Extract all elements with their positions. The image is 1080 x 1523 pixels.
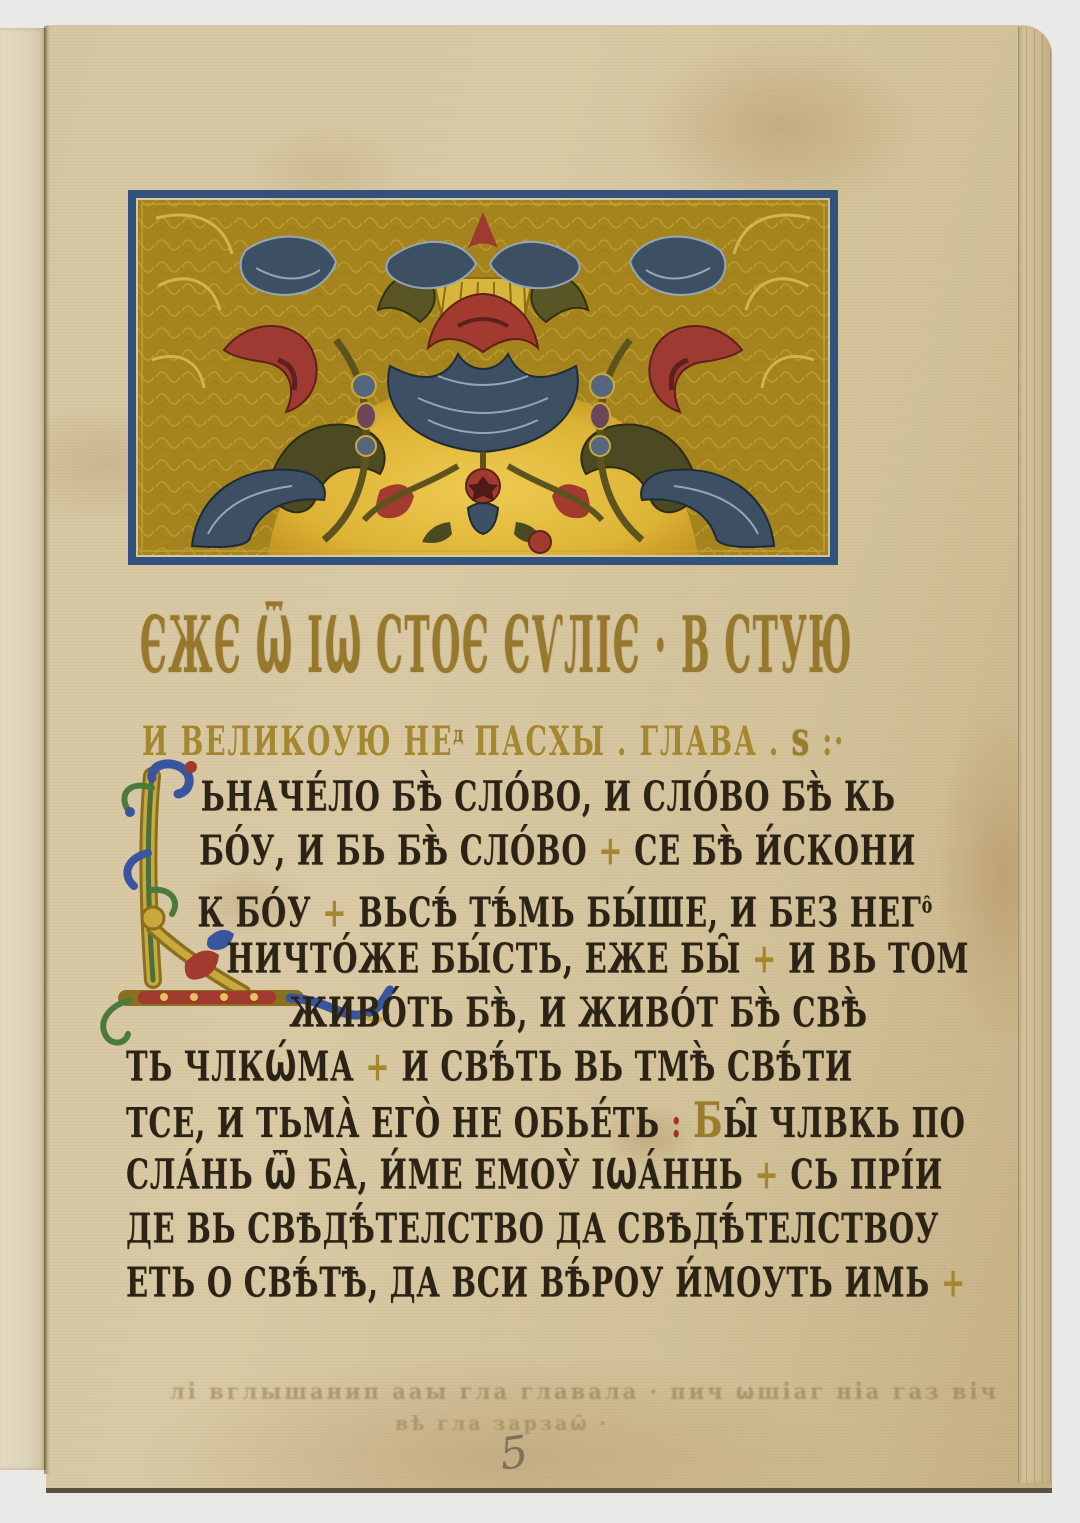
text-segment: + bbox=[365, 1043, 390, 1092]
text-segment: о̑ bbox=[922, 892, 933, 919]
facing-page-edge bbox=[0, 28, 46, 1470]
text-segment: Ы̑ ЧЛВКЬ ПО bbox=[723, 1099, 965, 1148]
text-segment: ТСЕ, И ТЬМА̀ ЕГО̀ НЕ ОБЬЕ́ТЬ bbox=[126, 1099, 671, 1148]
text-segment: + bbox=[752, 935, 777, 984]
gutter-crease bbox=[44, 26, 50, 1474]
text-segment: БО́У, И БЬ БѢ̀ СЛО́ВО bbox=[199, 827, 598, 876]
text-segment: : bbox=[671, 1099, 683, 1148]
text-segment: + bbox=[941, 1259, 966, 1308]
ghost-showthrough-line1: лі вглышанип ааы гла главала · пич ѡшіаг… bbox=[170, 1378, 999, 1404]
body-text: ЬНАЧЕ́ЛО БѢ̀ СЛО́ВО, И СЛО́ВО БѢ̀ КЬБО́У… bbox=[126, 764, 946, 1304]
text-segment: ѕ bbox=[791, 712, 811, 767]
fore-edge-page-block bbox=[1018, 27, 1052, 1483]
manuscript-scan: ЄЖЄ Ѿ ІѠ СТОЄ ЄѴЛІЄ · В СТУЮ И ВЕЛИКОУЮ … bbox=[0, 0, 1080, 1523]
text-segment: + bbox=[754, 1151, 779, 1200]
text-segment: СЬ ПРІ́И bbox=[779, 1151, 943, 1200]
text-segment: СЛА́НЬ Ѿ БА̀, И́МЕ ЕМОУ̀ ІѠА́ННЬ bbox=[126, 1151, 754, 1200]
text-segment: :· bbox=[811, 719, 845, 766]
text-segment: ДЕ ВЬ СВѢДѢ́ТЕЛСТВО ДА СВѢДѢ́ТЕЛСТВОУ bbox=[126, 1205, 939, 1254]
text-segment: И ВЬ ТОМ bbox=[777, 935, 969, 984]
text-segment: И СВѢ́ТЬ ВЬ ТМѢ̀ СВѢ́ТИ bbox=[390, 1043, 853, 1092]
text-segment: ЬНАЧЕ́ЛО БѢ̀ СЛО́ВО, И СЛО́ВО БѢ̀ КЬ bbox=[201, 773, 896, 822]
text-segment: д bbox=[453, 721, 463, 747]
text-line: ЕТЬ О СВѢ́ТѢ, ДА ВСИ ВѢ́РОУ И́МОУТЬ ИМЬ … bbox=[126, 1250, 823, 1316]
text-segment: Б bbox=[693, 1092, 723, 1149]
gospel-title-line1: ЄЖЄ Ѿ ІѠ СТОЄ ЄѴЛІЄ · В СТУЮ bbox=[140, 600, 853, 691]
text-segment: + bbox=[598, 827, 623, 876]
text-segment: ЕТЬ О СВѢ́ТѢ, ДА ВСИ ВѢ́РОУ И́МОУТЬ ИМЬ bbox=[126, 1259, 941, 1308]
text-segment bbox=[682, 1099, 693, 1148]
headpiece-illumination bbox=[128, 190, 838, 565]
text-segment: ПАСХЫ . ГЛАВА . bbox=[463, 719, 791, 766]
text-segment: НИЧТО́ЖЕ БЫ́СТЬ, ЕЖЕ БЫ̑ bbox=[226, 935, 752, 984]
text-segment: ТЬ ЧЛКѠ́МА bbox=[126, 1043, 365, 1092]
text-segment: ЖИВО́ТЬ БѢ̀, И ЖИВО́Т БѢ̀ СВѢ̀ bbox=[289, 989, 868, 1038]
text-segment: СЕ БѢ̀ И́СКОНИ bbox=[623, 827, 916, 876]
